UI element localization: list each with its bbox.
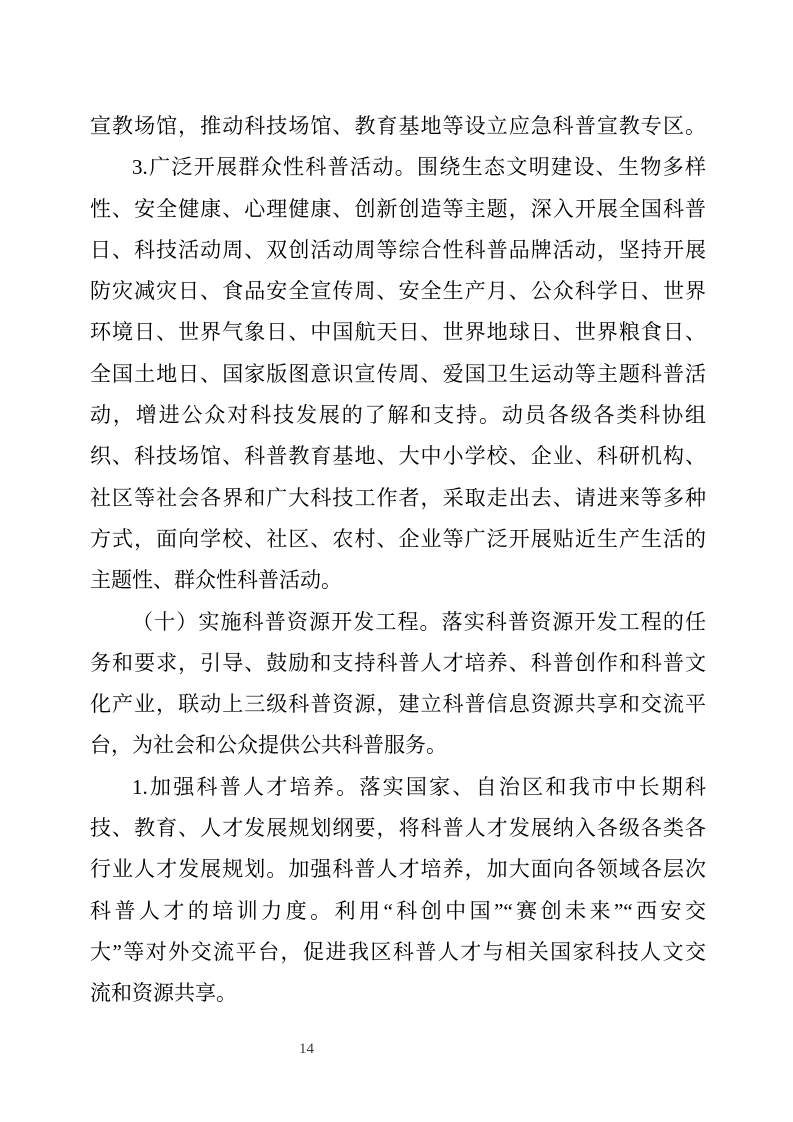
text-line: 行业人才发展规划。加强科普人才培养，加大面向各领域各层次 <box>90 849 706 890</box>
text-line: 环境日、世界气象日、中国航天日、世界地球日、世界粮食日、 <box>90 312 706 353</box>
text-line: 化产业，联动上三级科普资源，建立科普信息资源共享和交流平 <box>90 684 706 725</box>
text-line: 社区等社会各界和广大科技工作者，采取走出去、请进来等多种 <box>90 478 706 519</box>
paragraph: 宣教场馆，推动科技场馆、教育基地等设立应急科普宣教专区。 <box>90 106 706 147</box>
text-line: 方式，面向学校、社区、农村、企业等广泛开展贴近生产生活的 <box>90 519 706 560</box>
text-line: 台，为社会和公众提供公共科普服务。 <box>90 725 706 766</box>
text-line: 1.加强科普人才培养。落实国家、自治区和我市中长期科 <box>90 767 706 808</box>
text-line: 全国土地日、国家版图意识宣传周、爱国卫生运动等主题科普活 <box>90 354 706 395</box>
text-line: 性、安全健康、心理健康、创新创造等主题，深入开展全国科普 <box>90 189 706 230</box>
text-line: 主题性、群众性科普活动。 <box>90 560 706 601</box>
text-line: （十）实施科普资源开发工程。落实科普资源开发工程的任 <box>90 602 706 643</box>
text-line: 科普人才的培训力度。利用“科创中国”“赛创未来”“西安交 <box>90 891 706 932</box>
text-line: 织、科技场馆、科普教育基地、大中小学校、企业、科研机构、 <box>90 436 706 477</box>
text-line: 流和资源共享。 <box>90 973 706 1014</box>
text-line: 防灾减灾日、食品安全宣传周、安全生产月、公众科学日、世界 <box>90 271 706 312</box>
text-line: 大”等对外交流平台，促进我区科普人才与相关国家科技人文交 <box>90 932 706 973</box>
text-line: 宣教场馆，推动科技场馆、教育基地等设立应急科普宣教专区。 <box>90 106 706 147</box>
text-line: 技、教育、人才发展规划纲要，将科普人才发展纳入各级各类各 <box>90 808 706 849</box>
text-line: 3.广泛开展群众性科普活动。围绕生态文明建设、生物多样 <box>90 147 706 188</box>
text-line: 务和要求，引导、鼓励和支持科普人才培养、科普创作和科普文 <box>90 643 706 684</box>
paragraph: 1.加强科普人才培养。落实国家、自治区和我市中长期科 技、教育、人才发展规划纲要… <box>90 767 706 1015</box>
paragraph: （十）实施科普资源开发工程。落实科普资源开发工程的任 务和要求，引导、鼓励和支持… <box>90 602 706 767</box>
document-page: 宣教场馆，推动科技场馆、教育基地等设立应急科普宣教专区。 3.广泛开展群众性科普… <box>0 0 793 1122</box>
text-line: 日、科技活动周、双创活动周等综合性科普品牌活动，坚持开展 <box>90 230 706 271</box>
body-text: 宣教场馆，推动科技场馆、教育基地等设立应急科普宣教专区。 3.广泛开展群众性科普… <box>90 106 706 1015</box>
page-number: 14 <box>299 1041 314 1057</box>
paragraph: 3.广泛开展群众性科普活动。围绕生态文明建设、生物多样 性、安全健康、心理健康、… <box>90 147 706 601</box>
text-line: 动，增进公众对科技发展的了解和支持。动员各级各类科协组 <box>90 395 706 436</box>
